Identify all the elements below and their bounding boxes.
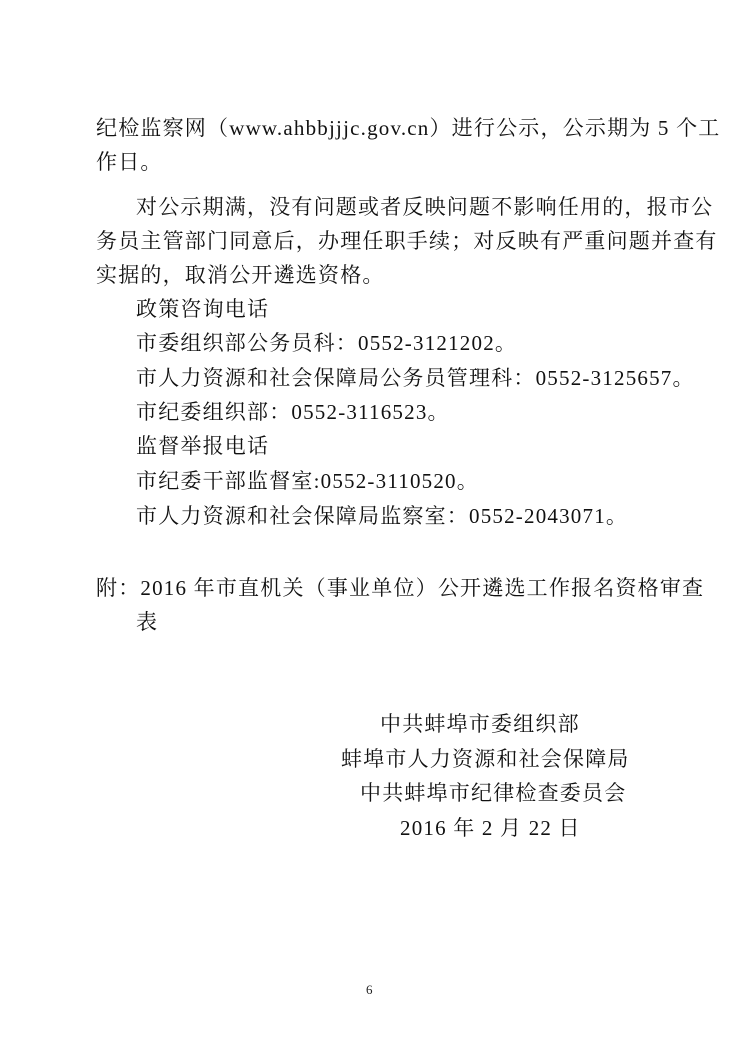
signature-date: 2016 年 2 月 22 日 (400, 814, 581, 842)
paragraph-line: 务员主管部门同意后，办理任职手续；对反映有严重问题并查有 (96, 227, 718, 255)
attachment-line: 附：2016 年市直机关（事业单位）公开遴选工作报名资格审查 (96, 574, 704, 602)
paragraph-line: 对公示期满，没有问题或者反映问题不影响任用的，报市公 (136, 193, 713, 221)
paragraph-line: 纪检监察网（www.ahbbjjjc.gov.cn）进行公示，公示期为 5 个工 (96, 114, 720, 142)
signature-org: 蚌埠市人力资源和社会保障局 (341, 745, 630, 773)
document-page: 纪检监察网（www.ahbbjjjc.gov.cn）进行公示，公示期为 5 个工… (0, 0, 750, 1061)
supervision-report-heading: 监督举报电话 (136, 432, 269, 460)
signature-org: 中共蚌埠市纪律检查委员会 (360, 779, 626, 807)
paragraph-line: 作日。 (96, 148, 163, 176)
contact-line: 市人力资源和社会保障局公务员管理科：0552-3125657。 (136, 364, 695, 392)
policy-consultation-heading: 政策咨询电话 (136, 295, 269, 323)
paragraph-line: 实据的，取消公开遴选资格。 (96, 261, 385, 289)
page-number: 6 (366, 982, 373, 998)
contact-line: 市纪委干部监督室:0552-3110520。 (136, 467, 479, 495)
contact-line: 市委组织部公务员科：0552-3121202。 (136, 329, 517, 357)
attachment-line: 表 (136, 608, 158, 636)
signature-org: 中共蚌埠市委组织部 (380, 710, 580, 738)
contact-line: 市人力资源和社会保障局监察室：0552-2043071。 (136, 502, 628, 530)
contact-line: 市纪委组织部：0552-3116523。 (136, 398, 450, 426)
